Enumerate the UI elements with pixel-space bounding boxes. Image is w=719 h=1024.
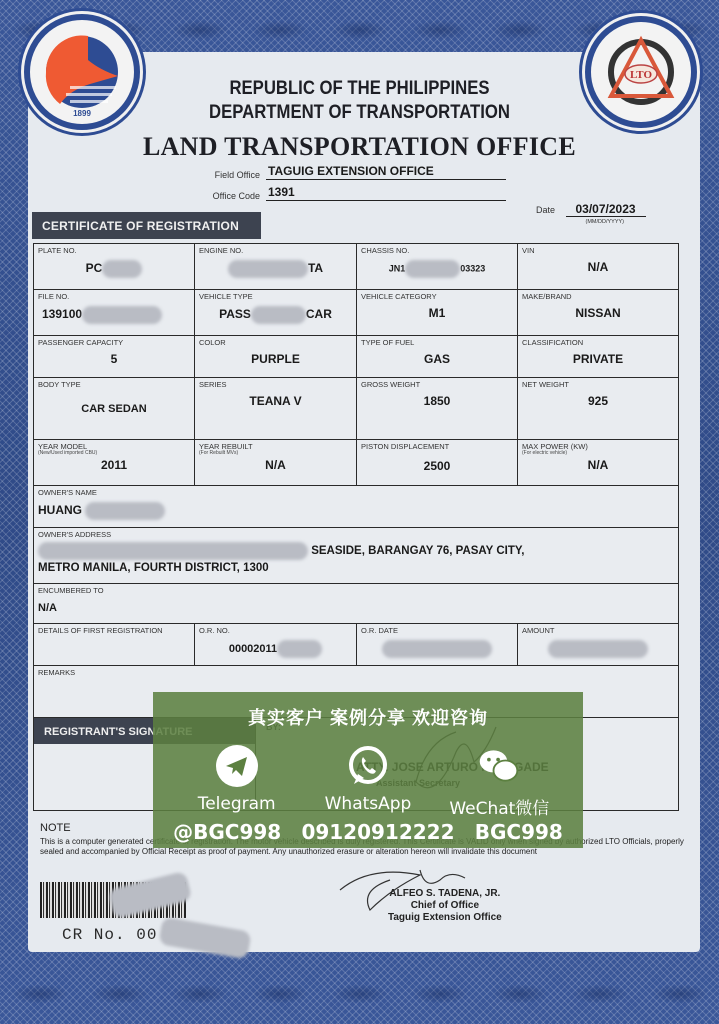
plate-no-cell: PLATE NO. PC <box>34 244 195 289</box>
series-cell: SERIES TEANA V <box>195 378 357 439</box>
grid-row-owner: OWNER'S NAME HUANG <box>34 486 678 528</box>
telegram-handle[interactable]: @BGC998 <box>173 820 281 844</box>
first-registration-cell: DETAILS OF FIRST REGISTRATION <box>34 624 195 665</box>
classification-cell: CLASSIFICATION PRIVATE <box>518 336 678 377</box>
field-office-value: TAGUIG EXTENSION OFFICE <box>266 164 506 180</box>
max-power-cell: MAX POWER (KW) (For electric vehicle) N/… <box>518 440 678 485</box>
overlay-title: 真实客户 案例分享 欢迎咨询 <box>153 704 583 730</box>
redaction <box>548 640 648 658</box>
grid-row-2: FILE NO. 139100 VEHICLE TYPE PASSCAR VEH… <box>34 290 678 336</box>
telegram-item[interactable]: Telegram <box>177 744 297 819</box>
office-code-value: 1391 <box>266 185 506 201</box>
owners-name-cell: OWNER'S NAME HUANG <box>34 486 678 527</box>
date-label: Date <box>536 205 555 215</box>
engine-no-cell: ENGINE NO. TA <box>195 244 357 289</box>
redaction <box>38 542 308 560</box>
header-republic: REPUBLIC OF THE PHILIPPINES <box>43 78 676 100</box>
chief-office: Taguig Extension Office <box>388 912 502 924</box>
chief-block: ALFEO S. TADENA, JR. Chief of Office Tag… <box>388 888 502 924</box>
chassis-no-cell: CHASSIS NO. JN103323 <box>357 244 518 289</box>
net-weight-value: 925 <box>522 394 674 408</box>
wechat-item[interactable]: WeChat微信 <box>439 744 559 819</box>
year-model-cell: YEAR MODEL (New/Used imported CBU) 2011 <box>34 440 195 485</box>
plate-no-value: PC <box>86 261 103 275</box>
field-office-row: Field Office TAGUIG EXTENSION OFFICE <box>200 164 506 180</box>
office-code-label: Office Code <box>200 191 260 201</box>
redaction <box>382 640 492 658</box>
type-of-fuel-value: GAS <box>361 352 513 366</box>
make-brand-cell: MAKE/BRAND NISSAN <box>518 290 678 335</box>
amount-cell: AMOUNT <box>518 624 678 665</box>
gross-weight-cell: GROSS WEIGHT 1850 <box>357 378 518 439</box>
make-brand-value: NISSAN <box>522 306 674 320</box>
encumbered-value: N/A <box>38 602 674 614</box>
file-no-value: 139100 <box>42 307 82 321</box>
color-cell: COLOR PURPLE <box>195 336 357 377</box>
series-value: TEANA V <box>199 394 352 408</box>
date-block: Date 03/07/2023 (MM/DD/YYYY) <box>536 202 646 225</box>
redaction <box>405 260 460 278</box>
grid-row-3: PASSENGER CAPACITY 5 COLOR PURPLE TYPE O… <box>34 336 678 378</box>
or-no-cell: O.R. NO. 00002011 <box>195 624 357 665</box>
grid-row-5: YEAR MODEL (New/Used imported CBU) 2011 … <box>34 440 678 486</box>
date-value: 03/07/2023 <box>566 202 646 217</box>
max-power-value: N/A <box>522 458 674 472</box>
cr-number: CR No. 00 <box>62 926 157 944</box>
or-date-cell: O.R. DATE <box>357 624 518 665</box>
overlay-handles: @BGC998 09120912222 BGC998 <box>153 820 583 844</box>
year-model-value: 2011 <box>38 458 190 472</box>
whatsapp-icon <box>346 744 390 788</box>
file-no-cell: FILE NO. 139100 <box>34 290 195 335</box>
chief-title: Chief of Office <box>388 900 502 912</box>
piston-displacement-cell: PISTON DISPLACEMENT 2500 <box>357 440 518 485</box>
grid-row-1: PLATE NO. PC ENGINE NO. TA CHASSIS NO. J… <box>34 244 678 290</box>
certificate-title: CERTIFICATE OF REGISTRATION <box>32 212 261 239</box>
redaction <box>251 306 306 324</box>
redaction <box>82 306 162 324</box>
vin-cell: VIN N/A <box>518 244 678 289</box>
vehicle-category-cell: VEHICLE CATEGORY M1 <box>357 290 518 335</box>
net-weight-cell: NET WEIGHT 925 <box>518 378 678 439</box>
grid-row-encumbered: ENCUMBERED TO N/A <box>34 584 678 624</box>
overlay-icons: Telegram WhatsApp WeChat微信 <box>153 744 583 819</box>
contact-overlay: 真实客户 案例分享 欢迎咨询 Telegram WhatsApp WeChat微… <box>153 692 583 848</box>
body-type-cell: BODY TYPE CAR SEDAN <box>34 378 195 439</box>
chief-name: ALFEO S. TADENA, JR. <box>388 888 502 900</box>
owners-address-line1: SEASIDE, BARANGAY 76, PASAY CITY, <box>311 545 524 557</box>
encumbered-cell: ENCUMBERED TO N/A <box>34 584 678 623</box>
redaction <box>228 260 308 278</box>
date-format: (MM/DD/YYYY) <box>564 219 646 225</box>
redaction <box>85 502 165 520</box>
type-of-fuel-cell: TYPE OF FUEL GAS <box>357 336 518 377</box>
or-no-value: 00002011 <box>229 642 277 654</box>
vehicle-type-cell: VEHICLE TYPE PASSCAR <box>195 290 357 335</box>
gross-weight-value: 1850 <box>361 394 513 408</box>
wechat-icon <box>477 744 521 788</box>
classification-value: PRIVATE <box>522 352 674 366</box>
year-rebuilt-value: N/A <box>199 458 352 472</box>
passenger-capacity-value: 5 <box>38 352 190 366</box>
whatsapp-item[interactable]: WhatsApp <box>308 744 428 819</box>
redaction <box>277 640 322 658</box>
owners-address-cell: OWNER'S ADDRESS SEASIDE, BARANGAY 76, PA… <box>34 528 678 583</box>
vehicle-category-value: M1 <box>361 306 513 320</box>
color-value: PURPLE <box>199 352 352 366</box>
wechat-handle[interactable]: BGC998 <box>475 820 563 844</box>
header-department: DEPARTMENT OF TRANSPORTATION <box>43 102 676 124</box>
header-lto: LAND TRANSPORTATION OFFICE <box>0 132 719 162</box>
body-type-value: CAR SEDAN <box>38 403 190 415</box>
telegram-icon <box>215 744 259 788</box>
grid-row-address: OWNER'S ADDRESS SEASIDE, BARANGAY 76, PA… <box>34 528 678 584</box>
field-office-label: Field Office <box>200 170 260 180</box>
owners-address-line2: METRO MANILA, FOURTH DISTRICT, 1300 <box>38 562 674 574</box>
whatsapp-handle[interactable]: 09120912222 <box>301 820 454 844</box>
year-rebuilt-cell: YEAR REBUILT (For Rebuilt MVs) N/A <box>195 440 357 485</box>
grid-row-4: BODY TYPE CAR SEDAN SERIES TEANA V GROSS… <box>34 378 678 440</box>
passenger-capacity-cell: PASSENGER CAPACITY 5 <box>34 336 195 377</box>
engine-no-value: TA <box>308 261 323 275</box>
owners-name-value: HUANG <box>38 503 82 517</box>
piston-displacement-value: 2500 <box>361 459 513 473</box>
office-code-row: Office Code 1391 <box>200 185 506 201</box>
security-pattern-bottom <box>0 964 719 1024</box>
grid-row-first-registration: DETAILS OF FIRST REGISTRATION O.R. NO. 0… <box>34 624 678 666</box>
vin-value: N/A <box>522 260 674 274</box>
redaction <box>102 260 142 278</box>
